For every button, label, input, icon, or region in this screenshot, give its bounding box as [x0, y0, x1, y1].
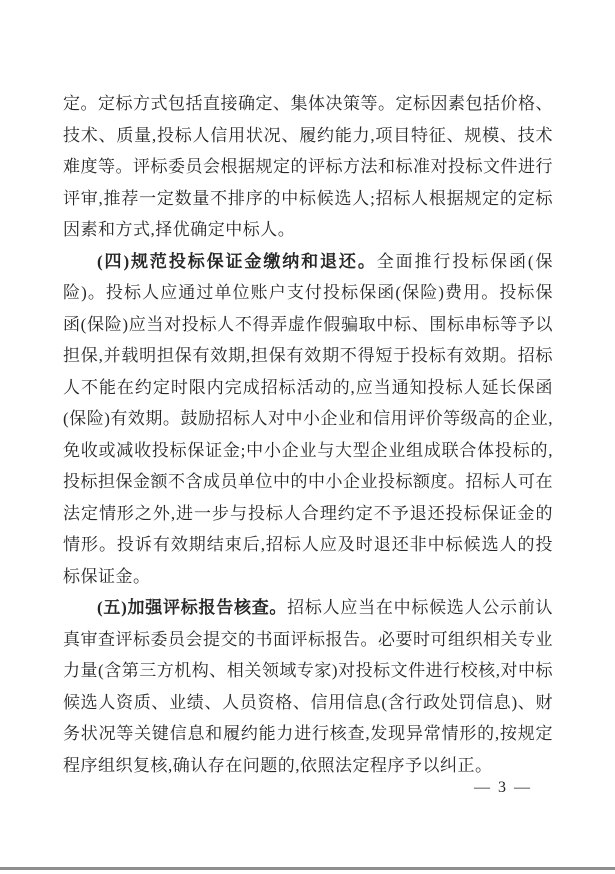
- paragraph-section-5: (五)加强评标报告核查。招标人应当在中标候选人公示前认真审查评标委员会提交的书面…: [63, 592, 553, 781]
- section-heading: (四)规范投标保证金缴纳和退还。: [97, 252, 377, 271]
- section-heading: (五)加强评标报告核查。: [97, 598, 287, 617]
- paragraph-text: 招标人应当在中标候选人公示前认真审查评标委员会提交的书面评标报告。必要时可组织相…: [63, 598, 553, 775]
- document-page: 定。定标方式包括直接确定、集体决策等。定标因素包括价格、技术、质量,投标人信用状…: [0, 0, 615, 874]
- document-body: 定。定标方式包括直接确定、集体决策等。定标因素包括价格、技术、质量,投标人信用状…: [63, 88, 553, 781]
- page-number: — 3 —: [474, 779, 532, 797]
- paragraph-text: 定。定标方式包括直接确定、集体决策等。定标因素包括价格、技术、质量,投标人信用状…: [63, 94, 553, 239]
- paragraph-text: 全面推行投标保函(保险)。投标人应通过单位账户支付投标保函(保险)费用。投标保函…: [63, 252, 553, 586]
- paragraph-continuation: 定。定标方式包括直接确定、集体决策等。定标因素包括价格、技术、质量,投标人信用状…: [63, 88, 553, 246]
- paragraph-section-4: (四)规范投标保证金缴纳和退还。全面推行投标保函(保险)。投标人应通过单位账户支…: [63, 246, 553, 593]
- scan-edge-line: [0, 867, 615, 870]
